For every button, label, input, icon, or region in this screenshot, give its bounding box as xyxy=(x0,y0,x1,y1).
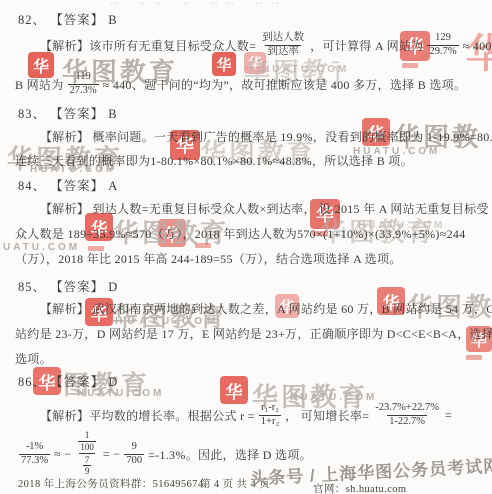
question-84-analysis-line-3: （万），2018 年比 2015 年高 244-189=55（万），结合选项选择… xyxy=(15,250,402,267)
analysis-text: = xyxy=(445,408,452,423)
fraction-denominator: 700 xyxy=(124,454,144,468)
analysis-text: 站约是 23-万，D 网站约是 17 万，E 网站约是 23+万，正确顺序即为 … xyxy=(15,327,492,341)
analysis-label: 【解析】 xyxy=(40,407,89,424)
fraction-denominator: 27.3% xyxy=(68,84,99,98)
question-84-analysis-line-2: 众人数是 189÷33.9%≈570（万），2018 年到达人数为570×(1+… xyxy=(15,225,466,242)
question-86-analysis-line-1: 【解析】 平均数的增长率。根据公式 r = r₁-r₂ 1+r₂ ， 可知增长率… xyxy=(40,398,452,432)
question-85-analysis-line-3: 选项。 xyxy=(15,350,52,367)
fraction: 9 700 xyxy=(124,441,144,467)
question-84-answer-line: 84、 【答案】 A xyxy=(18,176,118,194)
fraction: 到达人数 到达率 xyxy=(260,32,306,58)
fraction-numerator: 9 xyxy=(130,441,139,454)
fraction-denominator: 100 xyxy=(78,441,96,453)
fraction-numerator: 1 100 xyxy=(75,430,99,453)
answer-value: B xyxy=(108,13,117,27)
fraction-numerator: r₁-r₂ xyxy=(259,402,281,415)
question-82-analysis-line-1: 【解析】 该市所有无重复目标受众人数= 到达人数 到达率 ，可计算得 A 网站为… xyxy=(40,29,492,61)
question-85-analysis-line-1: 【解析】 武汉和南京两地的到达人数之差，A 网站约是 60 万，B 网站约是 5… xyxy=(40,300,492,317)
fraction-denominator: 29.7% xyxy=(427,45,458,59)
analysis-text: 众人数是 189÷33.9%≈570（万），2018 年到达人数为570×(1+… xyxy=(15,227,466,241)
nested-fraction: 1 100 7 9 xyxy=(75,430,99,478)
fraction-numerator: -23.7%+22.7% xyxy=(373,402,441,415)
fraction: 129 29.7% xyxy=(427,32,458,58)
analysis-text: ， 可知增长率= xyxy=(285,407,369,424)
answer-value: D xyxy=(108,280,118,294)
fraction-denominator: 77.3% xyxy=(19,454,50,468)
fraction: 7 9 xyxy=(83,455,92,478)
analysis-text: 概率问题。一天看到广告的概率是 19.9%，没看到的概率即为 1-19.9%=8… xyxy=(93,130,492,144)
analysis-text: B 网站为 xyxy=(15,76,64,93)
answer-label: 【答案】 xyxy=(50,13,104,27)
fraction-numerator: -1% xyxy=(24,441,46,454)
analysis-text: 选项。 xyxy=(15,352,52,366)
question-82-analysis-line-2: B 网站为 119 27.3% ≈ 440、题干问的“均为”，故可推断应该是 4… xyxy=(15,68,466,100)
fraction: r₁-r₂ 1+r₂ xyxy=(259,402,281,428)
analysis-text: =-1.3%。因此，选择 D 选项。 xyxy=(148,446,312,463)
fraction-numerator: 129 xyxy=(433,32,453,45)
analysis-label: 【解析】 xyxy=(40,302,89,316)
question-number: 83、 xyxy=(18,107,46,121)
watermark-stamp xyxy=(195,243,211,248)
analysis-text: 该市所有无重复目标受众人数= xyxy=(89,37,256,54)
question-number: 85、 xyxy=(18,280,46,294)
analysis-text: ≈ 400、 xyxy=(463,37,492,54)
fraction-numerator: 7 xyxy=(83,455,92,466)
footer-group-number: 2018 年上海公务员资料群：516495674 xyxy=(18,476,203,491)
fraction-numerator: 1 xyxy=(83,430,92,441)
fraction-denominator: 1-22.7% xyxy=(387,415,427,429)
analysis-label: 【解析】 xyxy=(40,37,89,54)
analysis-text: 到达人数=无重复目标受众人数×到达率， 设 2015 年 A 网站无重复目标受 xyxy=(93,202,489,216)
question-83-analysis-line-1: 【解析】 概率问题。一天看到广告的概率是 19.9%，没看到的概率即为 1-19… xyxy=(40,128,492,145)
question-85-analysis-line-2: 站约是 23-万，D 网站约是 17 万，E 网站约是 23+万，正确顺序即为 … xyxy=(15,325,492,342)
fraction-denominator: 到达率 xyxy=(265,45,301,59)
watermark-stamp xyxy=(466,355,482,360)
fraction: -23.7%+22.7% 1-22.7% xyxy=(373,402,441,428)
answer-label: 【答案】 xyxy=(50,107,104,121)
analysis-text: ，可计算得 A 网站为 xyxy=(310,37,423,54)
fraction: 1 100 xyxy=(78,430,96,453)
fraction-numerator: 119 xyxy=(73,71,92,84)
document-page: ‥ ‥‥ ‥ ‥‥ ‥‥ 华 华 华 华 华 华 华 华 华 华 华 华 华 华… xyxy=(0,0,492,494)
question-86-answer-line: 86、 【答案】 D xyxy=(18,372,118,390)
answer-value: B xyxy=(108,107,117,121)
answer-label: 【答案】 xyxy=(50,375,104,389)
analysis-text: ≈ 440、题干问的“均为”，故可推断应该是 400 多万，选择 B 选项。 xyxy=(103,76,467,93)
fraction-denominator: 7 9 xyxy=(79,453,96,479)
fraction-denominator: 1+r₂ xyxy=(259,415,281,429)
answer-label: 【答案】 xyxy=(50,280,104,294)
question-number: 86、 xyxy=(18,375,46,389)
fraction: -1% 77.3% xyxy=(19,441,50,467)
question-83-answer-line: 83、 【答案】 B xyxy=(18,104,118,122)
analysis-text: 平均数的增长率。根据公式 r = xyxy=(89,407,255,424)
analysis-text: （万），2018 年比 2015 年高 244-189=55（万），结合选项选择… xyxy=(15,252,402,266)
question-83-analysis-line-2: 连续三天看到的概率即为1-80.1%×80.1%×80.1%≈48.8%，所以选… xyxy=(15,152,413,169)
question-number: 82、 xyxy=(18,13,46,27)
top-cutoff-artifact: ‥ ‥‥ ‥ ‥‥ ‥‥ xyxy=(110,0,288,7)
fraction-numerator: 到达人数 xyxy=(260,32,306,45)
answer-label: 【答案】 xyxy=(50,179,104,193)
analysis-text: 连续三天看到的概率即为1-80.1%×80.1%×80.1%≈48.8%，所以选… xyxy=(15,154,413,168)
analysis-text: = − xyxy=(103,447,120,462)
answer-value: D xyxy=(108,375,118,389)
analysis-label: 【解析】 xyxy=(40,130,89,144)
analysis-text: 武汉和南京两地的到达人数之差，A 网站约是 60 万，B 网站约是 54 万，C… xyxy=(93,302,492,316)
fraction: 119 27.3% xyxy=(68,71,99,97)
question-84-analysis-line-1: 【解析】 到达人数=无重复目标受众人数×到达率， 设 2015 年 A 网站无重… xyxy=(40,200,489,217)
question-85-answer-line: 85、 【答案】 D xyxy=(18,277,118,295)
analysis-label: 【解析】 xyxy=(40,202,89,216)
answer-value: A xyxy=(108,179,118,193)
question-number: 84、 xyxy=(18,179,46,193)
question-82-answer-line: 82、 【答案】 B xyxy=(18,10,118,28)
analysis-text: ≈ − xyxy=(54,447,71,462)
